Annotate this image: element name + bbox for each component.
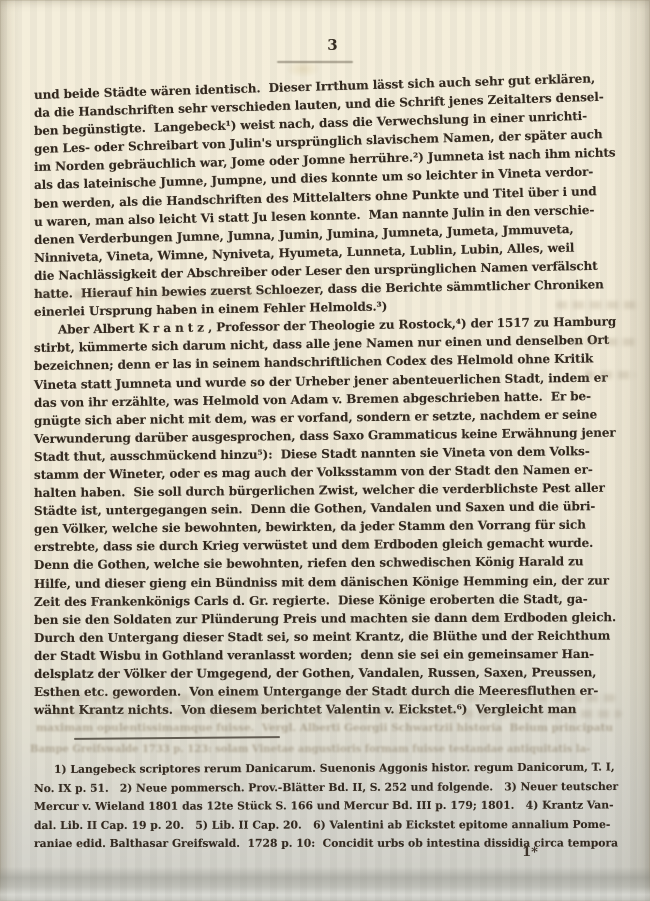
bleedthrough-artifact bbox=[40, 291, 295, 299]
text-line: der Stadt Wisbu in Gothland veranlasst w… bbox=[34, 645, 616, 665]
footnotes-block: 1) Langebeck scriptores rerum Danicarum.… bbox=[34, 761, 618, 854]
bleedthrough-artifact bbox=[60, 694, 616, 702]
footnote-separator-rule bbox=[74, 736, 280, 740]
bleedthrough-artifact bbox=[556, 301, 640, 309]
main-text: und beide Städte wären identisch. Dieser… bbox=[34, 86, 616, 719]
bleedthrough-artifact bbox=[572, 338, 638, 346]
page-number-rule bbox=[277, 61, 353, 63]
text-line: delsplatz der Völker der Umgegend, der G… bbox=[34, 663, 616, 683]
text-line: ben sie den Soldaten zur Plünderung Prei… bbox=[34, 608, 613, 629]
bleedthrough-artifact bbox=[584, 371, 636, 379]
footnote-line: Mercur v. Wieland 1801 das 12te Stück S.… bbox=[34, 796, 618, 816]
text-line: Durch den Untergang dieser Stadt sei, so… bbox=[34, 626, 616, 647]
signature-mark: 1* bbox=[510, 845, 550, 860]
text-line: Zeit des Frankenkönigs Carls d. Gr. regi… bbox=[34, 589, 616, 610]
footnote-line: No. IX p. 51. 2) Neue pommersch. Prov.-B… bbox=[34, 777, 612, 798]
bleedthrough-artifact bbox=[54, 710, 622, 718]
book-page-scan: 3 und beide Städte wären identisch. Dies… bbox=[0, 0, 650, 901]
paragraph-2: Aber Albert K r a n t z , Professor der … bbox=[34, 321, 616, 719]
setoff-text-line: maximam opulentissimamque fuisse. Vergl.… bbox=[36, 722, 614, 734]
footnote-line: 1) Langebeck scriptores rerum Danicarum.… bbox=[34, 758, 618, 779]
paragraph-1: und beide Städte wären identisch. Dieser… bbox=[34, 86, 616, 321]
page-number: 3 bbox=[303, 36, 363, 54]
footnote-line: dal. Lib. II Cap. 19 p. 20. 5) Lib. II C… bbox=[34, 815, 618, 835]
setoff-text-line: Bampe Greifswalde 1733 p. 123: solam Vin… bbox=[30, 744, 622, 755]
